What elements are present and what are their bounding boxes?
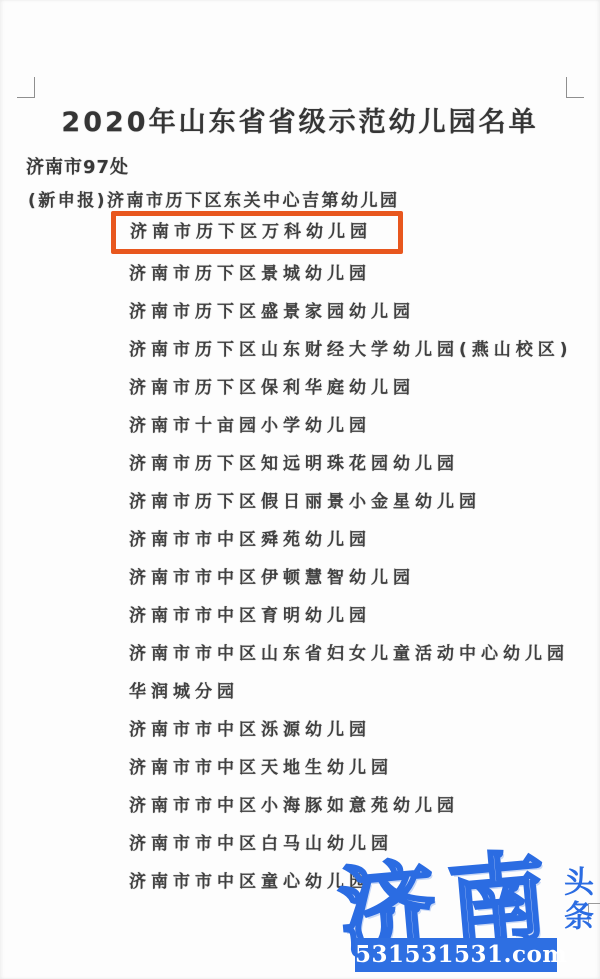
list-item: 济南市市中区伊顿慧智幼儿园	[129, 556, 600, 594]
margin-crop-mark-top-right	[566, 77, 584, 98]
list-item: 济南市历下区知远明珠花园幼儿园	[129, 442, 600, 480]
list-item: 济南市市中区泺源幼儿园	[129, 708, 600, 746]
list-item: 济南市市中区小海豚如意苑幼儿园	[129, 784, 600, 822]
city-count-heading: 济南市97处	[26, 153, 129, 179]
list-item: 济南市历下区盛景家园幼儿园	[129, 290, 600, 328]
list-item: 济南市历下区山东财经大学幼儿园(燕山校区)	[129, 328, 600, 366]
list-item: 济南市十亩园小学幼儿园	[129, 404, 600, 442]
kindergarten-list: 济南市历下区景城幼儿园 济南市历下区盛景家园幼儿园 济南市历下区山东财经大学幼儿…	[129, 252, 600, 898]
list-item: 济南市市中区山东省妇女儿童活动中心幼儿园	[129, 632, 600, 670]
list-item: 济南市市中区白马山幼儿园	[129, 822, 600, 860]
list-item: 济南市历下区假日丽景小金星幼儿园	[129, 480, 600, 518]
margin-crop-mark-top-left	[17, 77, 35, 98]
document-page: 2020年山东省省级示范幼儿园名单 济南市97处 (新申报)济南市历下区东关中心…	[0, 0, 600, 979]
list-item-new-application: (新申报)济南市历下区东关中心吉第幼儿园	[28, 186, 400, 211]
highlight-box: 济南市历下区万科幼儿园	[111, 211, 403, 254]
list-item: 济南市市中区童心幼儿园	[129, 860, 600, 898]
list-item: 济南市市中区天地生幼儿园	[129, 746, 600, 784]
list-item: 济南市市中区舜苑幼儿园	[129, 518, 600, 556]
watermark-site-url: 531531531.com	[355, 938, 557, 972]
list-item: 济南市历下区景城幼儿园	[129, 252, 600, 290]
list-item: 济南市市中区育明幼儿园	[129, 594, 600, 632]
highlighted-kindergarten-name: 济南市历下区万科幼儿园	[130, 216, 372, 249]
margin-crop-mark-bottom-right	[588, 903, 600, 923]
kindergarten-name: 济南市历下区东关中心吉第幼儿园	[107, 191, 400, 211]
list-item: 济南市历下区保利华庭幼儿园	[129, 366, 600, 404]
page-title: 2020年山东省省级示范幼儿园名单	[0, 100, 600, 139]
new-application-label: (新申报)	[28, 191, 107, 211]
list-item-continuation: 华润城分园	[129, 670, 600, 708]
